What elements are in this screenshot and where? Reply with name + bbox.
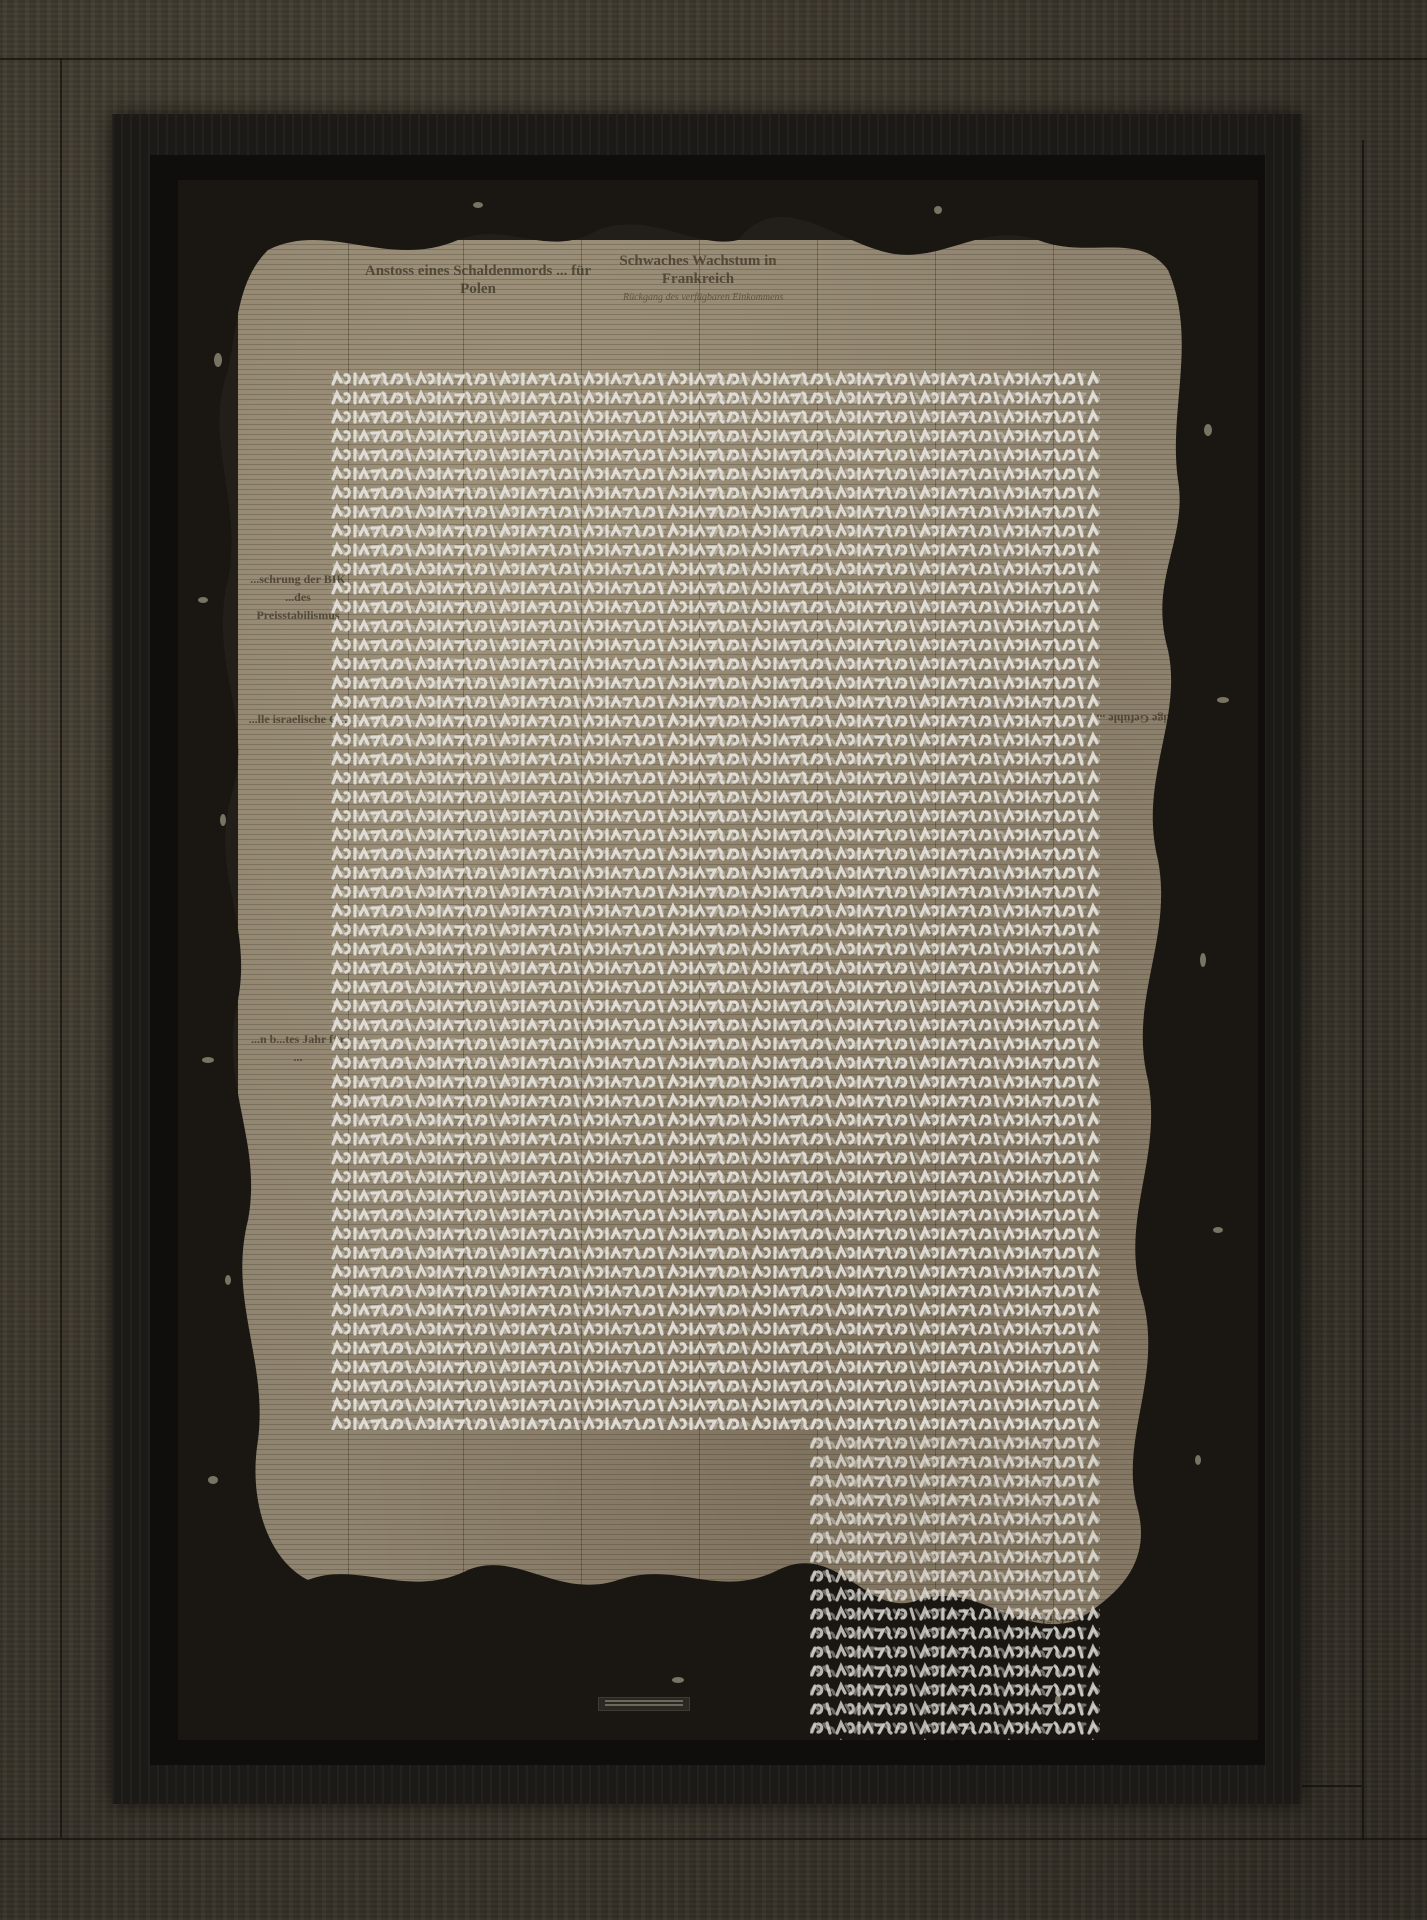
artwork-photo: Anstoss eines Schaldenmords ... für Pole… <box>0 0 1427 1920</box>
label-plate <box>598 1697 690 1711</box>
frame-seam <box>60 58 62 1838</box>
frame-seam <box>1362 140 1364 1840</box>
frame-seam <box>0 1838 1427 1840</box>
white-pseudo-script <box>330 370 1110 1740</box>
frame-seam <box>0 58 1427 60</box>
artwork-canvas: Anstoss eines Schaldenmords ... für Pole… <box>178 180 1258 1740</box>
frame-seam <box>1302 1785 1362 1787</box>
